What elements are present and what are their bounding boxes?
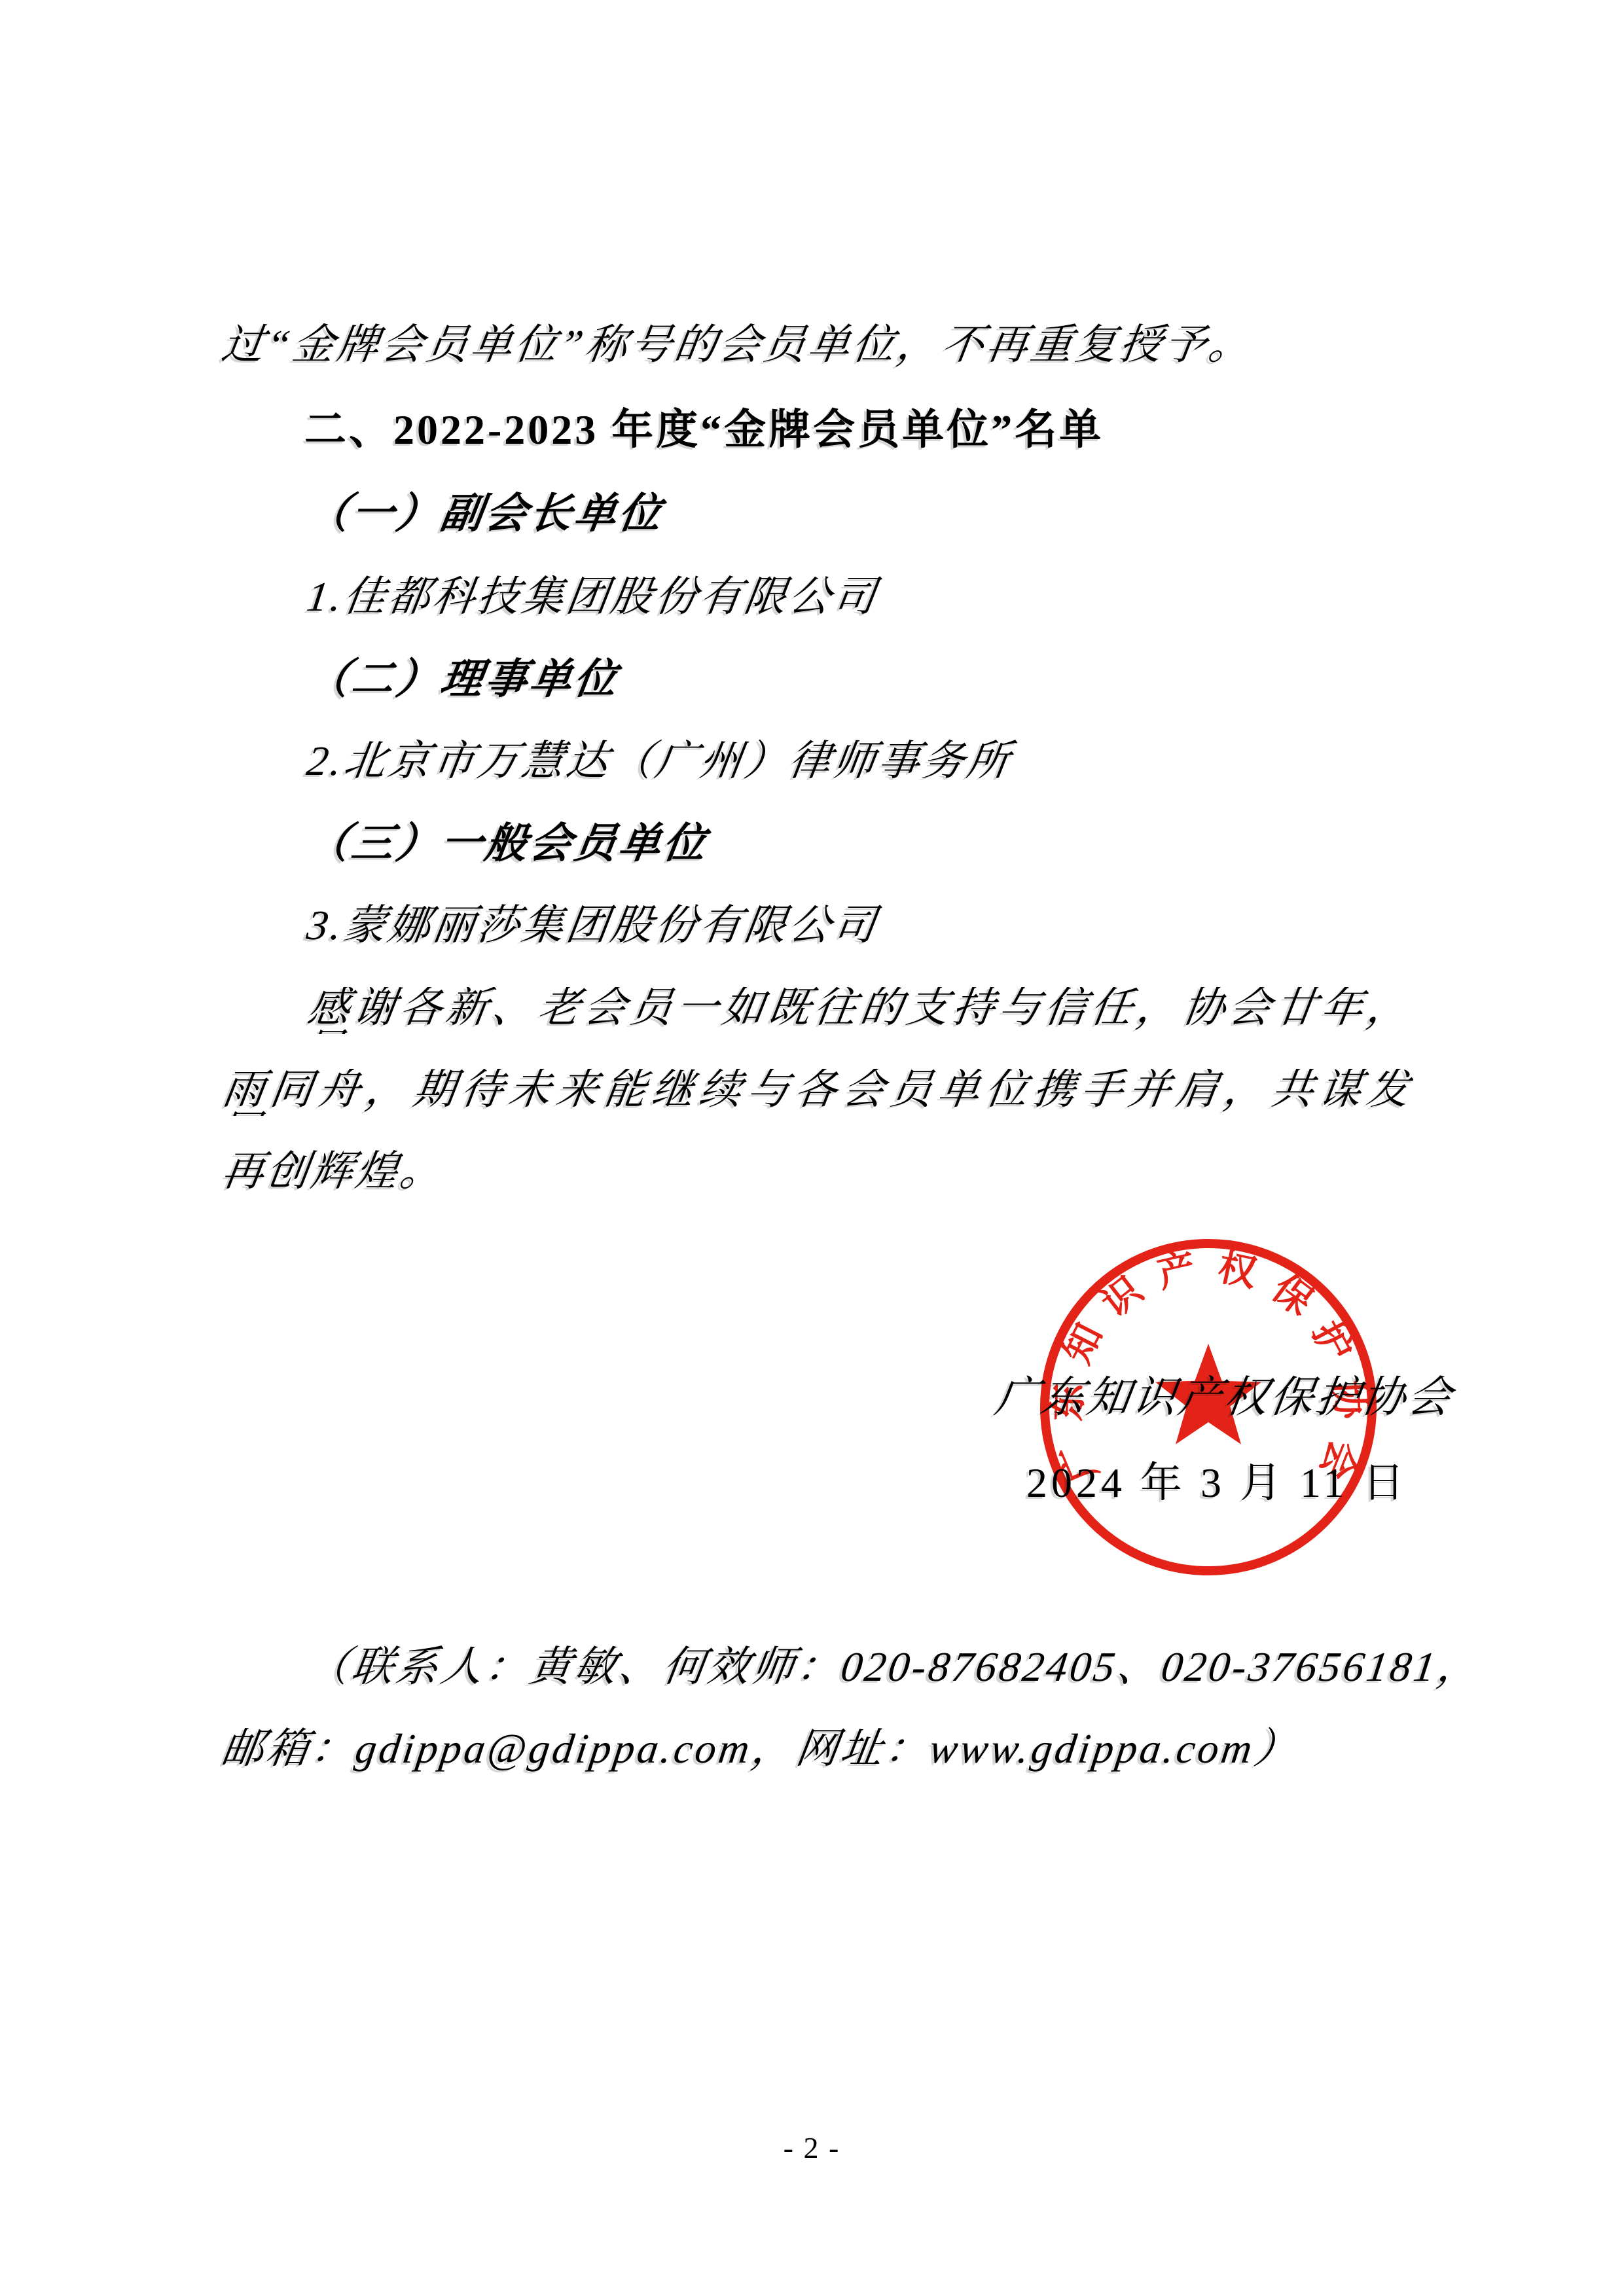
subsection-title-2: （二）理事单位 — [304, 658, 622, 700]
contact-line-2: 邮箱：gdippa@gdippa.com，网址：www.gdippa.com） — [219, 1728, 1302, 1770]
closing-paragraph-line-3: 再创辉煌。 — [219, 1151, 448, 1193]
contact-line-1: （联系人：黄敏、何效师：020-87682405、020-37656181， — [304, 1646, 1485, 1688]
signature-date: 2024 年 3 月 11 日 — [1026, 1462, 1409, 1504]
section-heading: 二、2022-2023 年度“金牌会员单位”名单 — [304, 409, 1104, 451]
signature-organization: 广东知识产权保护协会 — [992, 1376, 1456, 1420]
subsection-title-3: （三）一般会员单位 — [304, 823, 711, 865]
member-item-2: 2.北京市万慧达（广州）律师事务所 — [304, 740, 1015, 782]
document-page: 过“金牌会员单位”称号的会员单位，不再重复授予。 二、2022-2023 年度“… — [0, 0, 1624, 2296]
member-item-1: 1.佳都科技集团股份有限公司 — [304, 576, 881, 618]
member-item-3: 3.蒙娜丽莎集团股份有限公司 — [304, 905, 881, 946]
closing-paragraph-line-2: 雨同舟，期待未来能继续与各会员单位携手并肩，共谋发展， — [219, 1069, 1415, 1116]
carryover-line: 过“金牌会员单位”称号的会员单位，不再重复授予。 — [219, 324, 1256, 366]
subsection-title-1: （一）副会长单位 — [304, 493, 666, 535]
closing-paragraph-line-1: 感谢各新、老会员一如既往的支持与信任，协会廿年，风 — [304, 987, 1415, 1034]
page-number: - 2 - — [713, 2130, 910, 2165]
